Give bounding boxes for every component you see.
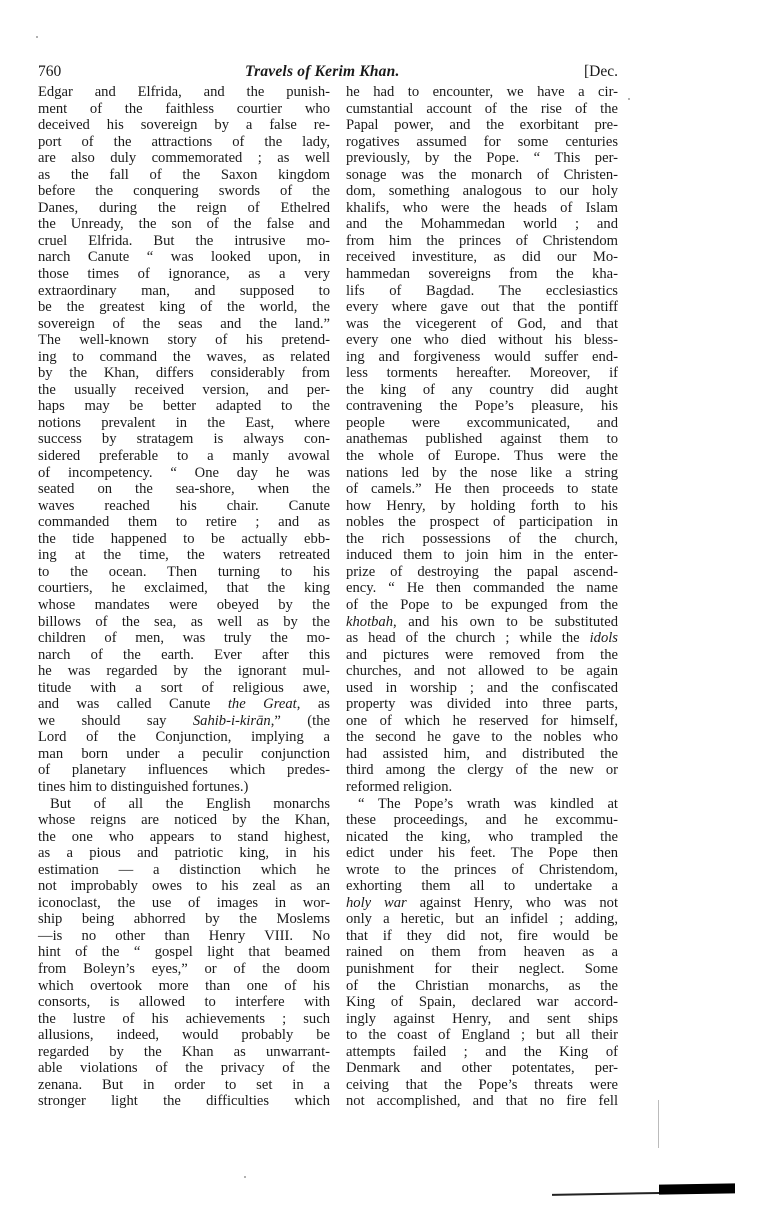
- text-line: billows of the sea, as well as by the: [38, 614, 330, 631]
- text-line: Lord of the Conjunction, implying a: [38, 729, 330, 746]
- text-line: prize of destroying the papal ascend-: [346, 564, 618, 581]
- text-line: received investiture, as did our Mo-: [346, 249, 618, 266]
- text-line: titude with a sort of religious awe,: [38, 680, 330, 697]
- scan-speck: [36, 36, 38, 38]
- text-line: whose mandates were obeyed by the: [38, 597, 330, 614]
- text-line: King of Spain, declared war accord-: [346, 994, 618, 1011]
- text-line: The well-known story of his pretend-: [38, 332, 330, 349]
- text-line: narch of the earth. Ever after this: [38, 647, 330, 664]
- text-line: whose reigns are noticed by the Khan,: [38, 812, 330, 829]
- text-line: to the coast of England ; but all their: [346, 1027, 618, 1044]
- text-line: allusions, indeed, would probably be: [38, 1027, 330, 1044]
- scanned-page: 760 Travels of Kerim Khan. [Dec. Edgar a…: [0, 0, 763, 1222]
- scan-speck: [244, 1176, 246, 1178]
- text-line: the rich possessions of the church,: [346, 531, 618, 548]
- text-line: not accomplished, and that no fire fell: [346, 1093, 618, 1110]
- text-line: of the Pope to be expunged from the: [346, 597, 618, 614]
- text-line: and the Mohammedan world ; and: [346, 216, 618, 233]
- text-line: contravening the Pope’s pleasure, his: [346, 398, 618, 415]
- text-line: of the Christian monarchs, as the: [346, 978, 618, 995]
- text-line: he was regarded by the ignorant mul-: [38, 663, 330, 680]
- text-line: Edgar and Elfrida, and the punish-: [38, 84, 330, 101]
- text-line: churches, and not allowed to be again: [346, 663, 618, 680]
- text-line: estimation — a distinction which he: [38, 862, 330, 879]
- text-line: consorts, is allowed to interfere with: [38, 994, 330, 1011]
- text-line: ment of the faithless courtier who: [38, 101, 330, 118]
- text-line: deceived his sovereign by a false re-: [38, 117, 330, 134]
- text-line: courtiers, he exclaimed, that the king: [38, 580, 330, 597]
- text-line: holy war against Henry, who was not: [346, 895, 618, 912]
- italic-term: Sahib-i-kirān: [193, 713, 271, 729]
- text-line: the whole of Europe. Thus were the: [346, 448, 618, 465]
- text-line: notions prevalent in the East, where: [38, 415, 330, 432]
- text-line: every one who died without his bless-: [346, 332, 618, 349]
- text-line: of camels.” He then proceeds to state: [346, 481, 618, 498]
- text-line: dom, something analogous to our holy: [346, 183, 618, 200]
- text-line: sidered preferable to a manly avowal: [38, 448, 330, 465]
- text-line: from him the princes of Christendom: [346, 233, 618, 250]
- text-line: ency. “ He then commanded the name: [346, 580, 618, 597]
- text-line: as a pious and patriotic king, in his: [38, 845, 330, 862]
- text-line: zenana. But in order to set in a: [38, 1077, 330, 1094]
- text-line: khotbah, and his own to be substituted: [346, 614, 618, 631]
- text-line: the king of any country did aught: [346, 382, 618, 399]
- text-line: rained on them from heaven as a: [346, 944, 618, 961]
- text-line: be the greatest king of the world, the: [38, 299, 330, 316]
- text-line: ing and forgiveness would suffer end-: [346, 349, 618, 366]
- text-line: iconoclast, the use of images in wor-: [38, 895, 330, 912]
- text-line: the one who appears to stand highest,: [38, 829, 330, 846]
- italic-term: idols: [590, 630, 618, 646]
- text-line: and was called Canute the Great, as: [38, 696, 330, 713]
- text-line: how Henry, by holding forth to his: [346, 498, 618, 515]
- text-line: sonage was the monarch of Christen-: [346, 167, 618, 184]
- text-line: wrote to the princes of Christendom,: [346, 862, 618, 879]
- text-line: seated on the sea-shore, when the: [38, 481, 330, 498]
- text-line: haps may be better adapted to the: [38, 398, 330, 415]
- text-line: man born under a peculir conjunction: [38, 746, 330, 763]
- text-line: success by stratagem is always con-: [38, 431, 330, 448]
- text-line: only a heretic, but an infidel ; adding,: [346, 911, 618, 928]
- scan-speck: [628, 98, 630, 100]
- text-line: ceiving that the Pope’s threats were: [346, 1077, 618, 1094]
- text-line: nobles the prospect of participation in: [346, 514, 618, 531]
- italic-term: khotbah: [346, 614, 393, 630]
- text-line: ing to command the waves, as related: [38, 349, 330, 366]
- text-line: used in worship ; and the confiscated: [346, 680, 618, 697]
- text-line: before the conquering swords of the: [38, 183, 330, 200]
- section-date: [Dec.: [584, 63, 618, 81]
- text-line: exhorting them all to undertake a: [346, 878, 618, 895]
- text-line: waves reached his chair. Canute: [38, 498, 330, 515]
- text-line: as the fall of the Saxon kingdom: [38, 167, 330, 184]
- text-line: we should say Sahib-i-kirān,” (the: [38, 713, 330, 730]
- text-line: edict under his feet. The Pope then: [346, 845, 618, 862]
- text-line: sovereign of the seas and the land.”: [38, 316, 330, 333]
- text-line: people were excommunicated, and: [346, 415, 618, 432]
- text-line: by the Khan, differs considerably from: [38, 365, 330, 382]
- page-number: 760: [38, 63, 61, 81]
- text-line: and pictures were removed from the: [346, 647, 618, 664]
- text-line: not improbably owes to his zeal as an: [38, 878, 330, 895]
- text-line: previously, by the Pope. “ This per-: [346, 150, 618, 167]
- text-line: every where gave out that the pontiff: [346, 299, 618, 316]
- text-line: Danes, during the reign of Ethelred: [38, 200, 330, 217]
- text-line: the lustre of his achievements ; such: [38, 1011, 330, 1028]
- text-line: narch Canute “ was looked upon, in: [38, 249, 330, 266]
- text-line: the second he gave to the nobles who: [346, 729, 618, 746]
- text-line: those times of ignorance, as a very: [38, 266, 330, 283]
- right-text-column: he had to encounter, we have a cir-cumst…: [346, 84, 618, 1110]
- text-line: commanded them to retire ; and as: [38, 514, 330, 531]
- text-line: one of which he reserved for himself,: [346, 713, 618, 730]
- text-line: punishment for their neglect. Some: [346, 961, 618, 978]
- text-line: hammedan sovereigns from the kha-: [346, 266, 618, 283]
- text-line: port of the attractions of the lady,: [38, 134, 330, 151]
- text-line: Papal power, and the exorbitant pre-: [346, 117, 618, 134]
- text-line: the Unready, the son of the false and: [38, 216, 330, 233]
- text-line: to the ocean. Then turning to his: [38, 564, 330, 581]
- italic-term: the Great: [228, 696, 297, 712]
- left-text-column: Edgar and Elfrida, and the punish-ment o…: [38, 84, 330, 1110]
- text-line: cumstantial account of the rise of the: [346, 101, 618, 118]
- text-line: —is no other than Henry VIII. No: [38, 928, 330, 945]
- page-edge-bar: [659, 1183, 735, 1194]
- text-line: hint of the “ gospel light that beamed: [38, 944, 330, 961]
- text-line: had assisted him, and distributed the: [346, 746, 618, 763]
- text-line: cruel Elfrida. But the intrusive mo-: [38, 233, 330, 250]
- text-line: was the vicegerent of God, and that: [346, 316, 618, 333]
- text-line: third among the clergy of the new or: [346, 762, 618, 779]
- text-line: nations led by the nose like a string: [346, 465, 618, 482]
- text-line: extraordinary man, and supposed to: [38, 283, 330, 300]
- text-line: rogatives assumed for some centuries: [346, 134, 618, 151]
- text-line: “ The Pope’s wrath was kindled at: [346, 796, 618, 813]
- text-line: as head of the church ; while the idols: [346, 630, 618, 647]
- text-line: tines him to distinguished fortunes.): [38, 779, 330, 796]
- text-line: anathemas published against them to: [346, 431, 618, 448]
- text-line: Denmark and other potentates, per-: [346, 1060, 618, 1077]
- text-line: ingly against Henry, and sent ships: [346, 1011, 618, 1028]
- text-line: these proceedings, and he excommu-: [346, 812, 618, 829]
- text-line: But of all the English monarchs: [38, 796, 330, 813]
- text-line: the tide happened to be actually ebb-: [38, 531, 330, 548]
- text-line: induced them to join him in the enter-: [346, 547, 618, 564]
- text-line: regarded by the Khan as unwarrant-: [38, 1044, 330, 1061]
- text-line: nicated the king, who trampled the: [346, 829, 618, 846]
- text-line: he had to encounter, we have a cir-: [346, 84, 618, 101]
- text-line: which overtook more than one of his: [38, 978, 330, 995]
- text-line: from Boleyn’s eyes,” or of the doom: [38, 961, 330, 978]
- text-line: ing at the time, the waters retreated: [38, 547, 330, 564]
- text-line: property was divided into three parts,: [346, 696, 618, 713]
- text-line: children of men, was truly the mo-: [38, 630, 330, 647]
- running-head: 760 Travels of Kerim Khan. [Dec.: [38, 63, 618, 81]
- text-line: attempts failed ; and the King of: [346, 1044, 618, 1061]
- text-line: the usually received version, and per-: [38, 382, 330, 399]
- text-line: of planetary influences which predes-: [38, 762, 330, 779]
- text-line: less torments hereafter. Moreover, if: [346, 365, 618, 382]
- text-line: that if they did not, fire would be: [346, 928, 618, 945]
- text-line: reformed religion.: [346, 779, 618, 796]
- italic-term: holy war: [346, 895, 407, 911]
- page-edge-line: [658, 1100, 659, 1148]
- text-line: lifs of Bagdad. The ecclesiastics: [346, 283, 618, 300]
- running-title: Travels of Kerim Khan.: [245, 63, 400, 81]
- text-line: of incompetency. “ One day he was: [38, 465, 330, 482]
- text-line: ship being abhorred by the Moslems: [38, 911, 330, 928]
- page-edge-shadow: [552, 1192, 660, 1196]
- text-line: stronger light the difficulties which: [38, 1093, 330, 1110]
- text-line: able violations of the privacy of the: [38, 1060, 330, 1077]
- text-line: are also duly commemorated ; as well: [38, 150, 330, 167]
- text-line: khalifs, who were the heads of Islam: [346, 200, 618, 217]
